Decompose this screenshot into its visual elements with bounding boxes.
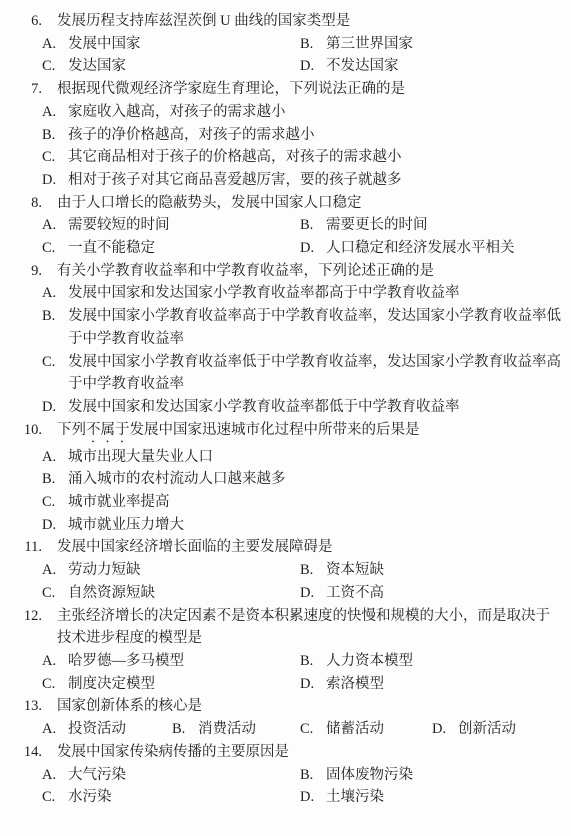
option-label: C. (42, 351, 68, 396)
option-text: 人口稳定和经济发展水平相关 (326, 237, 563, 260)
question-stem: 8. 由于人口增长的隐蔽势头，发展中国家人口稳定 (0, 192, 563, 215)
question-number: 10. (0, 419, 42, 446)
option-text: 土壤污染 (326, 786, 563, 809)
option-label: C. (42, 786, 68, 809)
option-text: 孩子的净价格越高，对孩子的需求越小 (68, 124, 563, 147)
option-label: A. (42, 650, 68, 673)
exam-page: 6. 发展历程支持库兹涅茨倒 U 曲线的国家类型是 A. 发展中国家 B. 第三… (0, 0, 571, 809)
option-text: 水污染 (68, 786, 300, 809)
option-b: B. 孩子的净价格越高，对孩子的需求越小 (42, 124, 563, 147)
question-stem: 6. 发展历程支持库兹涅茨倒 U 曲线的国家类型是 (0, 10, 563, 33)
option-text: 不发达国家 (326, 55, 563, 78)
option-d: D. 城市就业压力增大 (42, 514, 563, 537)
option-a: A. 劳动力短缺 (42, 559, 300, 582)
option-label: C. (42, 237, 68, 260)
question-text: 主张经济增长的决定因素不是资本积累速度的快慢和规模的大小，而是取决于技术进步程度… (57, 605, 563, 650)
option-text: 相对于孩子对其它商品喜爱越厉害，要的孩子就越多 (68, 169, 563, 192)
option-c: C. 一直不能稳定 (42, 237, 300, 260)
option-a: A. 哈罗德—多马模型 (42, 650, 300, 673)
option-text: 储蓄活动 (326, 718, 432, 741)
option-text: 发展中国家小学教育收益率低于中学教育收益率，发达国家小学教育收益率高于中学教育收… (68, 351, 563, 396)
question-number: 8. (0, 192, 42, 215)
question-11: 11. 发展中国家经济增长面临的主要发展障碍是 A. 劳动力短缺 B. 资本短缺… (0, 536, 563, 604)
option-a: A. 家庭收入越高，对孩子的需求越小 (42, 101, 563, 124)
option-text: 第三世界国家 (326, 33, 563, 56)
option-c: C. 其它商品相对于孩子的价格越高，对孩子的需求越小 (42, 146, 563, 169)
option-text: 一直不能稳定 (68, 237, 300, 260)
question-6: 6. 发展历程支持库兹涅茨倒 U 曲线的国家类型是 A. 发展中国家 B. 第三… (0, 10, 563, 78)
question-8: 8. 由于人口增长的隐蔽势头，发展中国家人口稳定 A. 需要较短的时间 B. 需… (0, 192, 563, 260)
question-text: 由于人口增长的隐蔽势头，发展中国家人口稳定 (57, 192, 563, 215)
option-label: A. (42, 101, 68, 124)
question-number: 9. (0, 260, 42, 283)
question-text: 发展中国家经济增长面临的主要发展障碍是 (57, 536, 563, 559)
option-text: 哈罗德—多马模型 (68, 650, 300, 673)
option-text: 需要较短的时间 (68, 214, 300, 237)
question-number: 6. (0, 10, 42, 33)
question-number: 13. (0, 695, 42, 718)
option-d: D. 索洛模型 (300, 673, 563, 696)
option-a: A. 需要较短的时间 (42, 214, 300, 237)
question-text-emphasized: 不属于 (86, 422, 130, 438)
option-d: D. 发展中国家和发达国家小学教育收益率都低于中学教育收益率 (42, 396, 563, 419)
option-b: B. 固体废物污染 (300, 764, 563, 787)
option-text: 城市就业压力增大 (68, 514, 563, 537)
option-label: B. (300, 33, 326, 56)
question-text: 根据现代微观经济学家庭生育理论，下列说法正确的是 (57, 78, 563, 101)
question-10: 10. 下列不属于发展中国家迅速城市化过程中所带来的后果是 A. 城市出现大量失… (0, 419, 563, 537)
option-text: 投资活动 (68, 718, 172, 741)
option-text: 资本短缺 (326, 559, 563, 582)
question-stem: 12. 主张经济增长的决定因素不是资本积累速度的快慢和规模的大小，而是取决于技术… (0, 605, 563, 650)
option-text: 创新活动 (458, 718, 563, 741)
option-label: D. (300, 55, 326, 78)
option-label: C. (42, 582, 68, 605)
option-label: C. (42, 146, 68, 169)
option-text: 发展中国家和发达国家小学教育收益率都高于中学教育收益率 (68, 282, 563, 305)
option-label: B. (42, 124, 68, 147)
question-9: 9. 有关小学教育收益率和中学教育收益率，下列论述正确的是 A. 发展中国家和发… (0, 260, 563, 419)
option-label: D. (42, 169, 68, 192)
options-list: A. 家庭收入越高，对孩子的需求越小 B. 孩子的净价格越高，对孩子的需求越小 … (42, 101, 563, 192)
option-b: B. 资本短缺 (300, 559, 563, 582)
option-text: 人力资本模型 (326, 650, 563, 673)
option-label: B. (172, 718, 198, 741)
question-number: 11. (0, 536, 42, 559)
option-label: A. (42, 33, 68, 56)
option-label: C. (42, 55, 68, 78)
option-a: A. 城市出现大量失业人口 (42, 446, 563, 469)
option-a: A. 大气污染 (42, 764, 300, 787)
option-c: C. 城市就业率提高 (42, 491, 563, 514)
option-text: 城市就业率提高 (68, 491, 563, 514)
option-c: C. 发展中国家小学教育收益率低于中学教育收益率，发达国家小学教育收益率高于中学… (42, 351, 563, 396)
option-b: B. 发展中国家小学教育收益率高于中学教育收益率，发达国家小学教育收益率低于中学… (42, 305, 563, 350)
option-label: D. (300, 786, 326, 809)
question-number: 14. (0, 741, 42, 764)
options-grid: A. 大气污染 B. 固体废物污染 C. 水污染 D. 土壤污染 (42, 764, 563, 809)
option-text: 发达国家 (68, 55, 300, 78)
option-label: A. (42, 214, 68, 237)
option-text: 劳动力短缺 (68, 559, 300, 582)
options-grid: A. 投资活动 B. 消费活动 C. 储蓄活动 D. 创新活动 (42, 718, 563, 741)
options-grid: A. 发展中国家 B. 第三世界国家 C. 发达国家 D. 不发达国家 (42, 33, 563, 78)
option-text: 发展中国家和发达国家小学教育收益率都低于中学教育收益率 (68, 396, 563, 419)
option-text: 发展中国家 (68, 33, 300, 56)
option-label: A. (42, 718, 68, 741)
option-c: C. 储蓄活动 (300, 718, 432, 741)
option-b: B. 人力资本模型 (300, 650, 563, 673)
question-stem: 14. 发展中国家传染病传播的主要原因是 (0, 741, 563, 764)
option-text: 需要更长的时间 (326, 214, 563, 237)
option-text: 自然资源短缺 (68, 582, 300, 605)
options-grid: A. 劳动力短缺 B. 资本短缺 C. 自然资源短缺 D. 工资不高 (42, 559, 563, 604)
question-stem: 11. 发展中国家经济增长面临的主要发展障碍是 (0, 536, 563, 559)
question-text-post: 发展中国家迅速城市化过程中所带来的后果是 (130, 422, 420, 438)
question-stem: 10. 下列不属于发展中国家迅速城市化过程中所带来的后果是 (0, 419, 563, 446)
option-label: D. (300, 673, 326, 696)
option-text: 城市出现大量失业人口 (68, 446, 563, 469)
option-label: A. (42, 764, 68, 787)
option-text: 家庭收入越高，对孩子的需求越小 (68, 101, 563, 124)
option-text: 工资不高 (326, 582, 563, 605)
option-text: 索洛模型 (326, 673, 563, 696)
question-stem: 13. 国家创新体系的核心是 (0, 695, 563, 718)
option-c: C. 制度决定模型 (42, 673, 300, 696)
question-number: 7. (0, 78, 42, 101)
options-list: A. 城市出现大量失业人口 B. 涌入城市的农村流动人口越来越多 C. 城市就业… (42, 446, 563, 537)
question-text: 有关小学教育收益率和中学教育收益率，下列论述正确的是 (57, 260, 563, 283)
option-b: B. 需要更长的时间 (300, 214, 563, 237)
option-text: 消费活动 (198, 718, 300, 741)
option-d: D. 人口稳定和经济发展水平相关 (300, 237, 563, 260)
question-text: 发展中国家传染病传播的主要原因是 (57, 741, 563, 764)
question-14: 14. 发展中国家传染病传播的主要原因是 A. 大气污染 B. 固体废物污染 C… (0, 741, 563, 809)
options-list: A. 发展中国家和发达国家小学教育收益率都高于中学教育收益率 B. 发展中国家小… (42, 282, 563, 418)
option-d: D. 创新活动 (432, 718, 563, 741)
question-stem: 9. 有关小学教育收益率和中学教育收益率，下列论述正确的是 (0, 260, 563, 283)
option-label: A. (42, 559, 68, 582)
option-label: D. (300, 582, 326, 605)
question-number: 12. (0, 605, 42, 650)
option-d: D. 土壤污染 (300, 786, 563, 809)
question-7: 7. 根据现代微观经济学家庭生育理论，下列说法正确的是 A. 家庭收入越高，对孩… (0, 78, 563, 192)
option-text: 其它商品相对于孩子的价格越高，对孩子的需求越小 (68, 146, 563, 169)
option-label: D. (432, 718, 458, 741)
option-a: A. 发展中国家和发达国家小学教育收益率都高于中学教育收益率 (42, 282, 563, 305)
option-a: A. 投资活动 (42, 718, 172, 741)
option-label: B. (300, 214, 326, 237)
option-label: A. (42, 446, 68, 469)
option-label: B. (42, 305, 68, 350)
option-d: D. 工资不高 (300, 582, 563, 605)
option-text: 涌入城市的农村流动人口越来越多 (68, 468, 563, 491)
option-label: C. (300, 718, 326, 741)
option-b: B. 第三世界国家 (300, 33, 563, 56)
option-d: D. 相对于孩子对其它商品喜爱越厉害，要的孩子就越多 (42, 169, 563, 192)
option-label: C. (42, 491, 68, 514)
option-label: B. (300, 559, 326, 582)
question-text: 国家创新体系的核心是 (57, 695, 563, 718)
option-d: D. 不发达国家 (300, 55, 563, 78)
option-text: 制度决定模型 (68, 673, 300, 696)
option-label: D. (300, 237, 326, 260)
option-label: A. (42, 282, 68, 305)
question-12: 12. 主张经济增长的决定因素不是资本积累速度的快慢和规模的大小，而是取决于技术… (0, 605, 563, 696)
option-text: 大气污染 (68, 764, 300, 787)
option-label: D. (42, 514, 68, 537)
option-label: B. (42, 468, 68, 491)
option-c: C. 水污染 (42, 786, 300, 809)
option-b: B. 涌入城市的农村流动人口越来越多 (42, 468, 563, 491)
option-a: A. 发展中国家 (42, 33, 300, 56)
option-text: 发展中国家小学教育收益率高于中学教育收益率，发达国家小学教育收益率低于中学教育收… (68, 305, 563, 350)
question-text: 发展历程支持库兹涅茨倒 U 曲线的国家类型是 (57, 10, 563, 33)
option-b: B. 消费活动 (172, 718, 300, 741)
option-c: C. 发达国家 (42, 55, 300, 78)
question-text-pre: 下列 (57, 422, 86, 438)
options-grid: A. 哈罗德—多马模型 B. 人力资本模型 C. 制度决定模型 D. 索洛模型 (42, 650, 563, 695)
option-text: 固体废物污染 (326, 764, 563, 787)
question-13: 13. 国家创新体系的核心是 A. 投资活动 B. 消费活动 C. 储蓄活动 D… (0, 695, 563, 740)
options-grid: A. 需要较短的时间 B. 需要更长的时间 C. 一直不能稳定 D. 人口稳定和… (42, 214, 563, 259)
question-text: 下列不属于发展中国家迅速城市化过程中所带来的后果是 (57, 419, 563, 446)
option-label: D. (42, 396, 68, 419)
option-label: B. (300, 764, 326, 787)
option-c: C. 自然资源短缺 (42, 582, 300, 605)
question-stem: 7. 根据现代微观经济学家庭生育理论，下列说法正确的是 (0, 78, 563, 101)
option-label: C. (42, 673, 68, 696)
option-label: B. (300, 650, 326, 673)
